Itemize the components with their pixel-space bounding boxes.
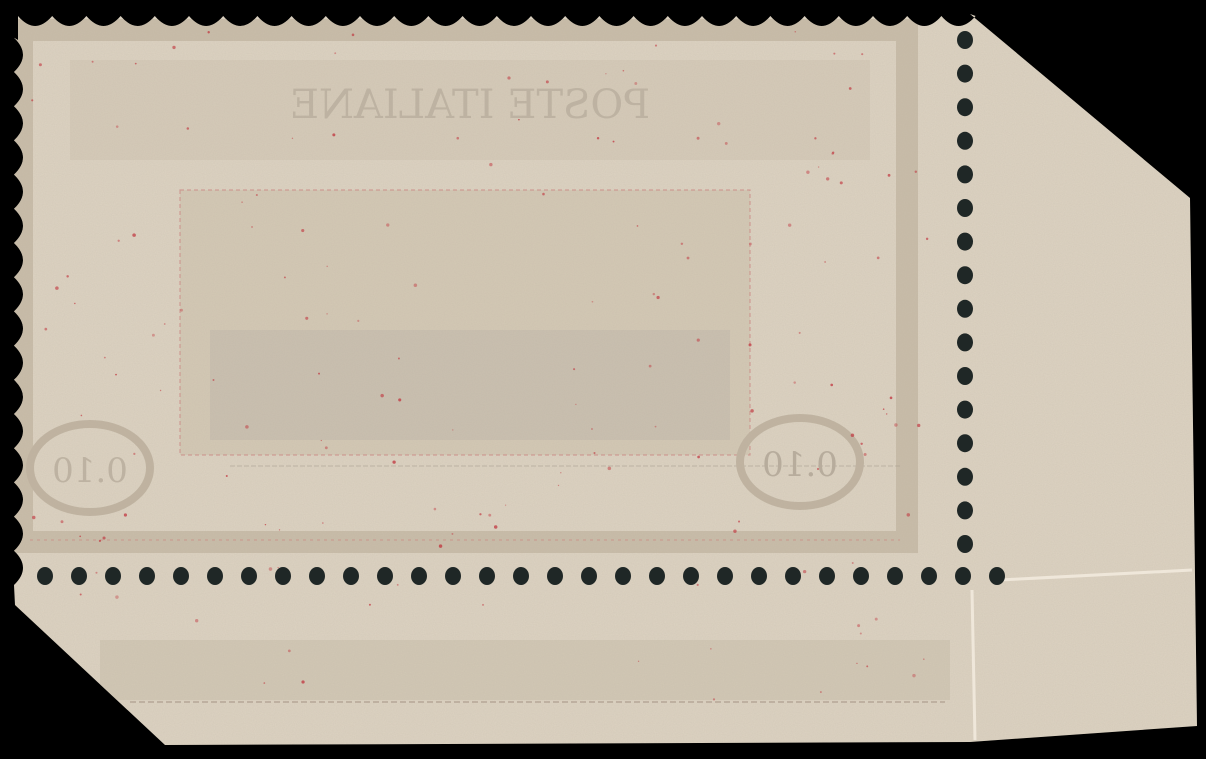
perforation-hole (957, 535, 973, 553)
perforation-hole (957, 300, 973, 318)
perforation-hole (71, 567, 87, 585)
perforation-hole (957, 266, 973, 284)
perforation-hole (785, 567, 801, 585)
perforation-hole (819, 567, 835, 585)
perforation-hole (173, 567, 189, 585)
perforation-hole (309, 567, 325, 585)
perforation-hole (37, 567, 53, 585)
perforation-hole (105, 567, 121, 585)
perforation-hole (479, 567, 495, 585)
perforation-hole (717, 567, 733, 585)
paper-texture (0, 0, 1206, 759)
perforation-hole (957, 31, 973, 49)
stamp-photo: POSTE ITALIANE 0.10 0.10 (0, 0, 1206, 759)
perforation-hole (411, 567, 427, 585)
perforation-hole (957, 401, 973, 419)
perforation-hole (445, 567, 461, 585)
perforation-hole (207, 567, 223, 585)
perforation-hole (887, 567, 903, 585)
perforation-hole (377, 567, 393, 585)
perforation-hole (921, 567, 937, 585)
perforation-hole (957, 165, 973, 183)
perforation-hole (649, 567, 665, 585)
perforation-hole (751, 567, 767, 585)
perforation-hole (957, 98, 973, 116)
perforation-hole (957, 468, 973, 486)
perforation-hole (957, 333, 973, 351)
perforation-hole (343, 567, 359, 585)
perforation-hole (683, 567, 699, 585)
perforation-hole (957, 501, 973, 519)
perforation-hole (241, 567, 257, 585)
perforation-hole (955, 567, 971, 585)
perforation-hole (139, 567, 155, 585)
perforation-hole (615, 567, 631, 585)
perforation-hole (989, 567, 1005, 585)
perforation-hole (275, 567, 291, 585)
perforation-hole (957, 132, 973, 150)
perforation-hole (853, 567, 869, 585)
perforation-hole (957, 233, 973, 251)
perforation-hole (957, 434, 973, 452)
perforation-hole (957, 199, 973, 217)
perforation-hole (513, 567, 529, 585)
stamp-paper: POSTE ITALIANE 0.10 0.10 (0, 0, 1206, 759)
perforation-hole (957, 65, 973, 83)
perforation-hole (547, 567, 563, 585)
perforation-hole (581, 567, 597, 585)
perforation-hole (957, 367, 973, 385)
